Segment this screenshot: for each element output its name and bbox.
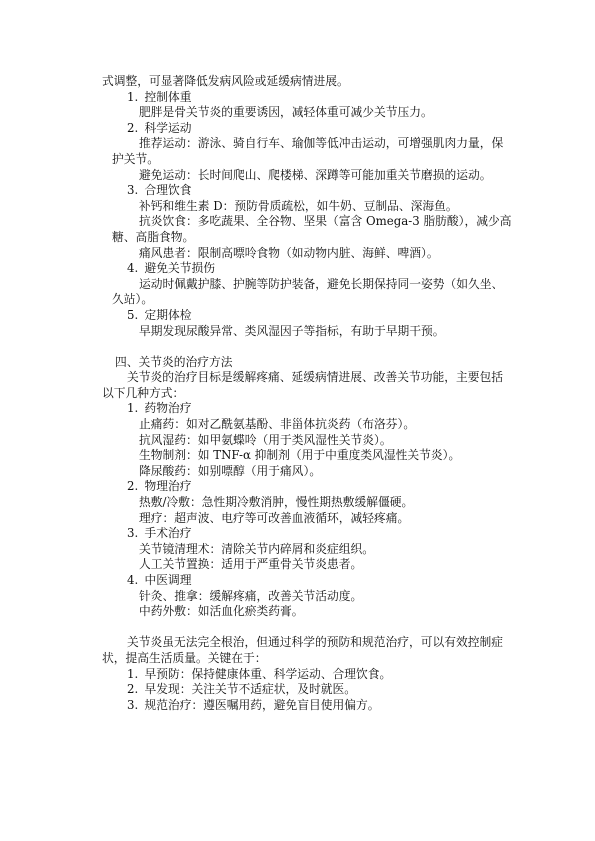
list-detail: 运动时佩戴护膝、护腕等防护装备，避免长期保持同一姿势（如久坐、 [0, 277, 595, 293]
spacer [0, 339, 595, 355]
list-detail: 理疗：超声波、电疗等可改善血液循环，减轻疼痛。 [0, 511, 595, 527]
spacer [0, 620, 595, 636]
prevention-list: 1.控制体重 肥胖是骨关节炎的重要诱因，减轻体重可减少关节压力。 2.科学运动 … [0, 90, 595, 340]
list-detail: 肥胖是骨关节炎的重要诱因，减轻体重可减少关节压力。 [0, 105, 595, 121]
list-number: 3. [127, 183, 145, 199]
list-item-title: 4.中医调理 [0, 573, 595, 589]
list-detail: 中药外敷：如活血化瘀类药膏。 [0, 604, 595, 620]
list-title: 科学运动 [145, 121, 192, 135]
list-text: 规范治疗：遵医嘱用药，避免盲目使用偏方。 [145, 698, 380, 712]
list-detail: 推荐运动：游泳、骑自行车、瑜伽等低冲击运动，可增强肌肉力量，保 [0, 136, 595, 152]
list-title: 控制体重 [145, 90, 192, 104]
list-detail-wrap: 护关节。 [0, 152, 595, 168]
paragraph-line: 关节炎虽无法完全根治，但通过科学的预防和规范治疗，可以有效控制症 [0, 635, 595, 651]
conclusion-section: 关节炎虽无法完全根治，但通过科学的预防和规范治疗，可以有效控制症 状，提高生活质… [0, 635, 595, 713]
list-detail-wrap: 久站）。 [0, 292, 595, 308]
list-number: 3. [127, 526, 145, 542]
list-detail: 热敷/冷敷：急性期冷敷消肿，慢性期热敷缓解僵硬。 [0, 495, 595, 511]
list-number: 1. [127, 667, 145, 683]
list-item-title: 5.定期体检 [0, 308, 595, 324]
list-number: 2. [127, 479, 145, 495]
list-detail: 抗风湿药：如甲氨蝶呤（用于类风湿性关节炎）。 [0, 433, 595, 449]
paragraph-line: 状，提高生活质量。关键在于： [0, 651, 595, 667]
list-number: 4. [127, 261, 145, 277]
list-detail-wrap: 糖、高脂食物。 [0, 230, 595, 246]
paragraph-line: 关节炎的治疗目标是缓解疼痛、延缓病情进展、改善关节功能，主要包括 [0, 370, 595, 386]
list-number: 2. [127, 682, 145, 698]
list-detail: 早期发现尿酸异常、类风湿因子等指标，有助于早期干预。 [0, 324, 595, 340]
list-item-title: 1.控制体重 [0, 90, 595, 106]
list-detail: 关节镜清理术：清除关节内碎屑和炎症组织。 [0, 542, 595, 558]
list-item: 1.早预防：保持健康体重、科学运动、合理饮食。 [0, 667, 595, 683]
treatment-section: 四、关节炎的治疗方法 关节炎的治疗目标是缓解疼痛、延缓病情进展、改善关节功能，主… [0, 355, 595, 620]
list-text: 早发现：关注关节不适症状，及时就医。 [145, 682, 357, 696]
list-title: 药物治疗 [145, 401, 192, 415]
document-body: 式调整，可显著降低发病风险或延缓病情进展。 1.控制体重 肥胖是骨关节炎的重要诱… [0, 74, 595, 713]
list-detail: 痛风患者：限制高嘌呤食物（如动物内脏、海鲜、啤酒）。 [0, 246, 595, 262]
list-number: 5. [127, 308, 145, 324]
list-detail: 止痛药：如对乙酰氨基酚、非甾体抗炎药（布洛芬）。 [0, 417, 595, 433]
list-title: 定期体检 [145, 308, 192, 322]
list-title: 合理饮食 [145, 183, 192, 197]
list-detail: 生物制剂：如 TNF-α 抑制剂（用于中重度类风湿性关节炎）。 [0, 448, 595, 464]
list-item-title: 3.合理饮食 [0, 183, 595, 199]
list-detail: 抗炎饮食：多吃蔬果、全谷物、坚果（富含 Omega-3 脂肪酸），减少高 [0, 214, 595, 230]
list-number: 1. [127, 90, 145, 106]
paragraph-line: 以下几种方式： [0, 386, 595, 402]
list-item-title: 3.手术治疗 [0, 526, 595, 542]
list-number: 1. [127, 401, 145, 417]
list-detail: 避免运动：长时间爬山、爬楼梯、深蹲等可能加重关节磨损的运动。 [0, 168, 595, 184]
list-text: 早预防：保持健康体重、科学运动、合理饮食。 [145, 667, 392, 681]
list-item-title: 2.科学运动 [0, 121, 595, 137]
list-number: 3. [127, 698, 145, 714]
document-page: 式调整，可显著降低发病风险或延缓病情进展。 1.控制体重 肥胖是骨关节炎的重要诱… [0, 0, 595, 841]
list-detail: 人工关节置换：适用于严重骨关节炎患者。 [0, 557, 595, 573]
list-number: 4. [127, 573, 145, 589]
list-item-title: 2.物理治疗 [0, 479, 595, 495]
list-title: 物理治疗 [145, 479, 192, 493]
list-title: 避免关节损伤 [145, 261, 216, 275]
list-title: 手术治疗 [145, 526, 192, 540]
list-item-title: 1.药物治疗 [0, 401, 595, 417]
paragraph-continuation: 式调整，可显著降低发病风险或延缓病情进展。 [0, 74, 595, 90]
list-detail: 补钙和维生素 D：预防骨质疏松，如牛奶、豆制品、深海鱼。 [0, 199, 595, 215]
list-number: 2. [127, 121, 145, 137]
list-detail: 针灸、推拿：缓解疼痛，改善关节活动度。 [0, 589, 595, 605]
section-heading: 四、关节炎的治疗方法 [0, 355, 595, 371]
list-detail: 降尿酸药：如别嘌醇（用于痛风）。 [0, 464, 595, 480]
list-item: 2.早发现：关注关节不适症状，及时就医。 [0, 682, 595, 698]
list-title: 中医调理 [145, 573, 192, 587]
list-item: 3.规范治疗：遵医嘱用药，避免盲目使用偏方。 [0, 698, 595, 714]
list-item-title: 4.避免关节损伤 [0, 261, 595, 277]
